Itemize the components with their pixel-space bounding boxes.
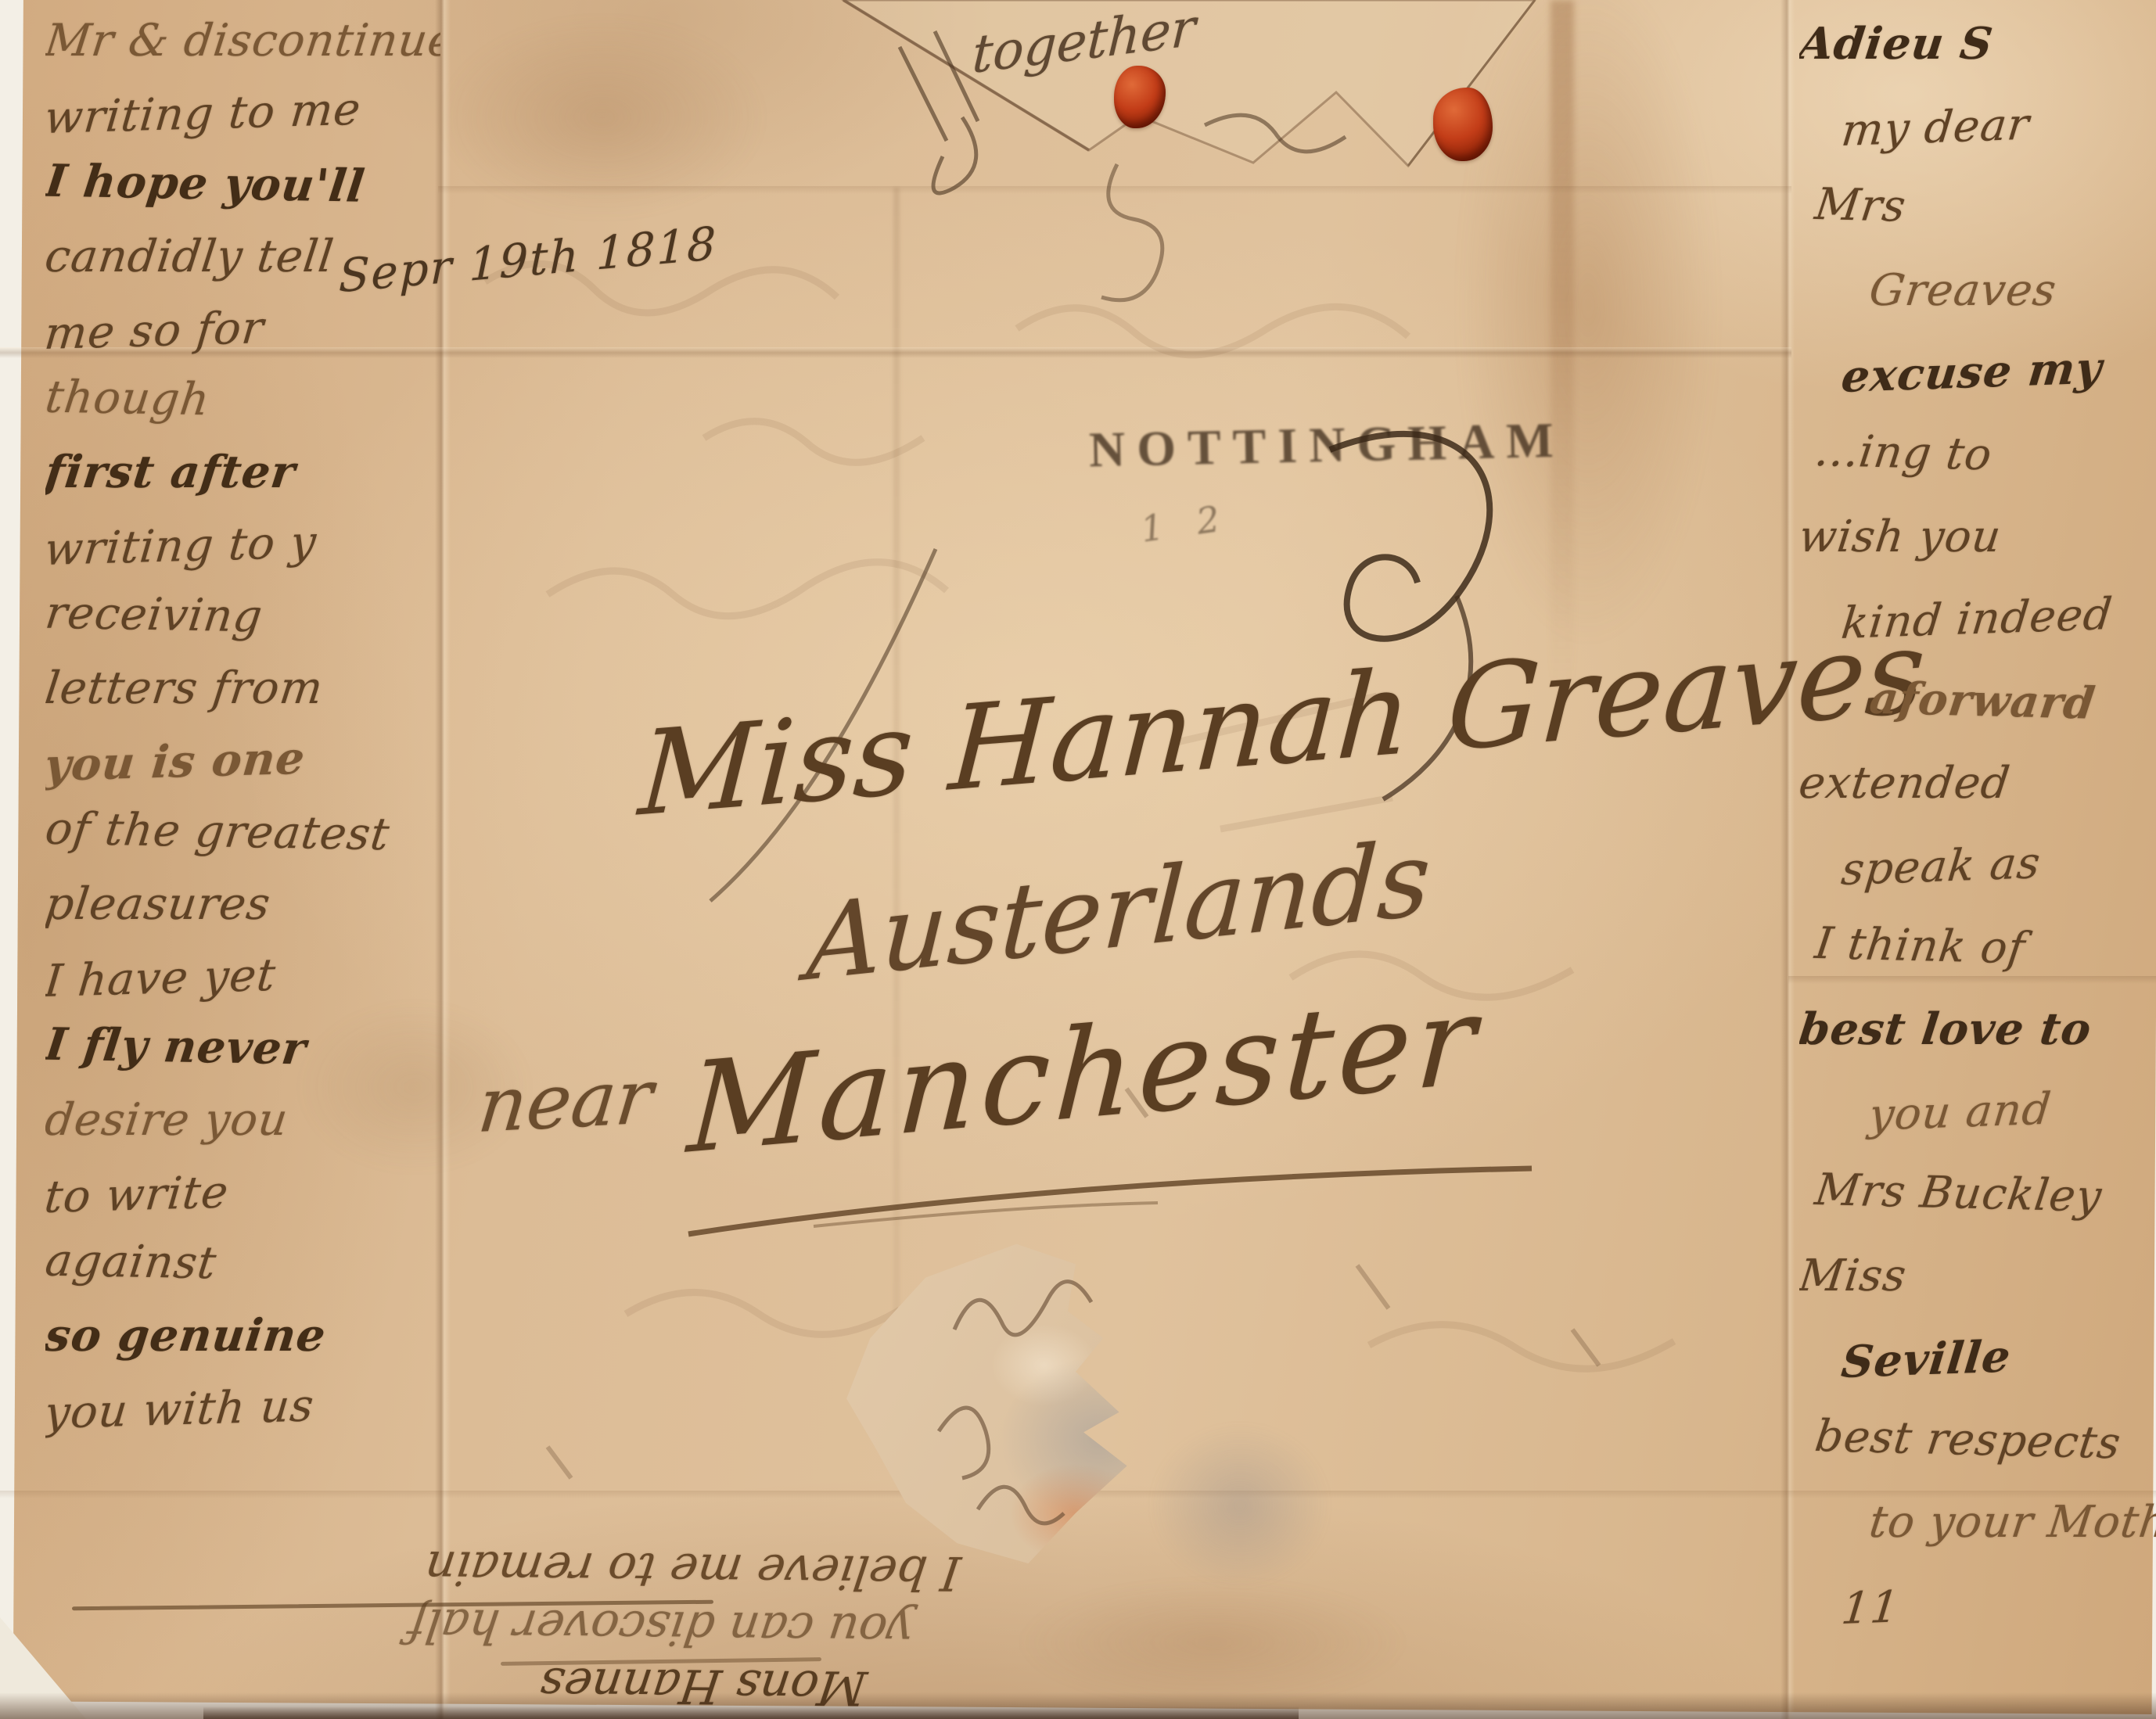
inverted-bottom-writing: Mons Hannesyou can discover halfI believ… [45, 1542, 961, 1713]
scanned-letter-page: together Sepr 19th 1818 NOTTINGHAM 1 2 M… [0, 0, 2156, 1719]
handwriting-line: against [45, 1225, 440, 1304]
handwriting-line: excuse my [1799, 325, 2156, 420]
handwriting-line: you is one [45, 719, 440, 802]
scan-bottom-shadow-dark [203, 1706, 1299, 1719]
handwriting-line: kind indeed [1799, 572, 2156, 666]
handwriting-line: though [45, 361, 440, 440]
handwriting-line: extended [1799, 742, 2156, 824]
handwriting-line: you can discover half [42, 1592, 964, 1660]
handwriting-line: you and [1799, 1064, 2156, 1159]
handwriting-line: to write [45, 1150, 440, 1233]
handwriting-line: so genuine [45, 1300, 440, 1372]
handwriting-line: writing to y [45, 503, 440, 586]
handwriting-line: I have yet [45, 935, 440, 1017]
handwriting-line: I believe me to remain [42, 1534, 964, 1602]
handwriting-line: Mrs [1799, 163, 2156, 253]
handwriting-line: 11 [1799, 1557, 2156, 1652]
handwriting-line: candidly tell [45, 221, 440, 292]
handwriting-line: I fly never [45, 1009, 440, 1088]
handwriting-line: me so for [45, 287, 440, 370]
handwriting-line: Mrs Buckley [1799, 1148, 2156, 1239]
handwriting-line: receiving [45, 577, 440, 656]
handwriting-line: writing to me [45, 71, 440, 154]
handwriting-line: best respects [1799, 1394, 2156, 1485]
handwriting-line: Greaves [1799, 249, 2156, 332]
handwriting-line: Adieu S [1799, 3, 2156, 85]
cross-writing-left-column: Mr & discontinuewriting to meI hope you'… [45, 5, 440, 1518]
handwriting-line: you with us [45, 1366, 440, 1449]
handwriting-line: wish you [1799, 496, 2156, 578]
handwriting-line: best love to [1799, 989, 2156, 1071]
handwriting-line: speak as [1799, 818, 2156, 913]
handwriting-line: letters from [45, 652, 440, 724]
gray-smudge [1150, 1423, 1330, 1588]
handwriting-line: aforward [1799, 655, 2156, 746]
handwriting-line: Mr & discontinue [45, 5, 440, 77]
address-near: near [474, 1053, 656, 1150]
handwriting-line: of the greatest [45, 793, 440, 872]
handwriting-line: pleasures [45, 868, 440, 940]
handwriting-line: Seville [1799, 1311, 2156, 1405]
handwriting-line: I think of [1799, 902, 2156, 992]
handwriting-line: my dear [1799, 79, 2156, 174]
handwriting-line: first after [45, 436, 440, 508]
handwriting-line: desire you [45, 1084, 440, 1156]
postmark-stamp: NOTTINGHAM [1088, 411, 1565, 479]
handwriting-line: I hope you'll [45, 145, 440, 224]
wax-seal-remnant [1433, 88, 1493, 161]
cross-writing-right-column: Adieu Smy dearMrsGreavesexcuse my...ing … [1799, 3, 2156, 1700]
handwriting-line: to your Mother [1799, 1481, 2156, 1563]
handwriting-line: Miss [1799, 1235, 2156, 1317]
handwriting-line: ...ing to [1799, 409, 2156, 500]
